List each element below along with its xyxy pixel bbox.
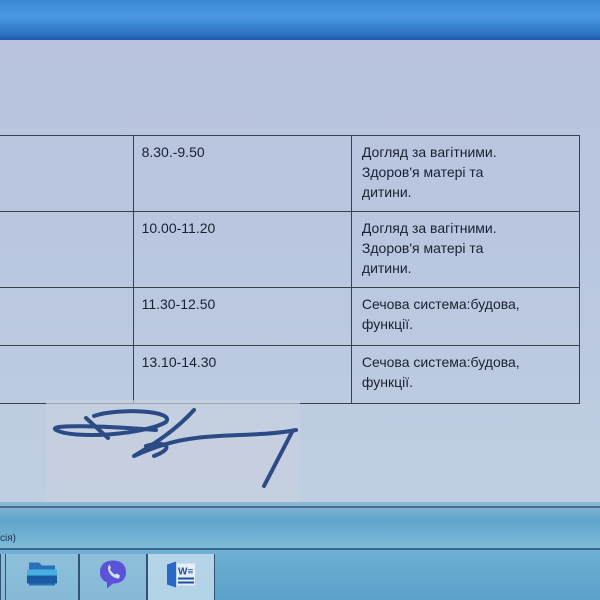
taskbar: W≡ — [0, 548, 600, 600]
document-page[interactable]: 8.30.-9.50Догляд за вагітними.Здоров'я м… — [0, 40, 600, 502]
word-icon: W≡ — [164, 560, 198, 595]
status-text: сія) — [0, 533, 16, 544]
folder-icon — [25, 561, 59, 594]
topic-line: Сечова система:будова, — [362, 352, 571, 372]
topic-cell[interactable]: Сечова система:будова,функції. — [351, 288, 579, 346]
time-cell[interactable]: 11.30-12.50 — [133, 288, 351, 346]
topic-line: Догляд за вагітними. — [362, 218, 571, 238]
table-row: 13.10-14.30Сечова система:будова,функції… — [0, 346, 580, 404]
row-label-cell[interactable] — [0, 136, 133, 212]
time-cell[interactable]: 8.30.-9.50 — [133, 136, 351, 212]
topic-cell[interactable]: Сечова система:будова,функції. — [351, 346, 579, 404]
topic-line: Здоров'я матері та — [362, 162, 571, 182]
viber-icon — [98, 559, 128, 596]
table-row: 10.00-11.20Догляд за вагітними.Здоров'я … — [0, 212, 580, 288]
topic-line: Догляд за вагітними. — [362, 142, 571, 162]
row-label-cell[interactable] — [0, 288, 133, 346]
topic-line: Здоров'я матері та — [362, 238, 571, 258]
topic-cell[interactable]: Догляд за вагітними.Здоров'я матері тади… — [351, 212, 579, 288]
window-title-bar — [0, 0, 600, 40]
table-row: 8.30.-9.50Догляд за вагітними.Здоров'я м… — [0, 136, 580, 212]
topic-line: функції. — [362, 372, 571, 392]
table-row: 11.30-12.50Сечова система:будова,функції… — [0, 288, 580, 346]
time-cell[interactable]: 13.10-14.30 — [133, 346, 351, 404]
topic-line: функції. — [362, 314, 571, 334]
topic-cell[interactable]: Догляд за вагітними.Здоров'я матері тади… — [351, 136, 579, 212]
topic-line: Сечова система:будова, — [362, 294, 571, 314]
topic-line: дитини. — [362, 182, 571, 202]
taskbar-viber[interactable] — [79, 554, 147, 600]
status-bar: сія) — [0, 502, 600, 548]
row-label-cell[interactable] — [0, 212, 133, 288]
row-label-cell[interactable] — [0, 346, 133, 404]
taskbar-word[interactable]: W≡ — [147, 554, 215, 600]
svg-text:W≡: W≡ — [178, 567, 193, 578]
schedule-table: 8.30.-9.50Догляд за вагітними.Здоров'я м… — [0, 135, 580, 414]
taskbar-file-explorer[interactable] — [5, 554, 79, 600]
topic-line: дитини. — [362, 258, 571, 278]
time-cell[interactable]: 10.00-11.20 — [133, 212, 351, 288]
